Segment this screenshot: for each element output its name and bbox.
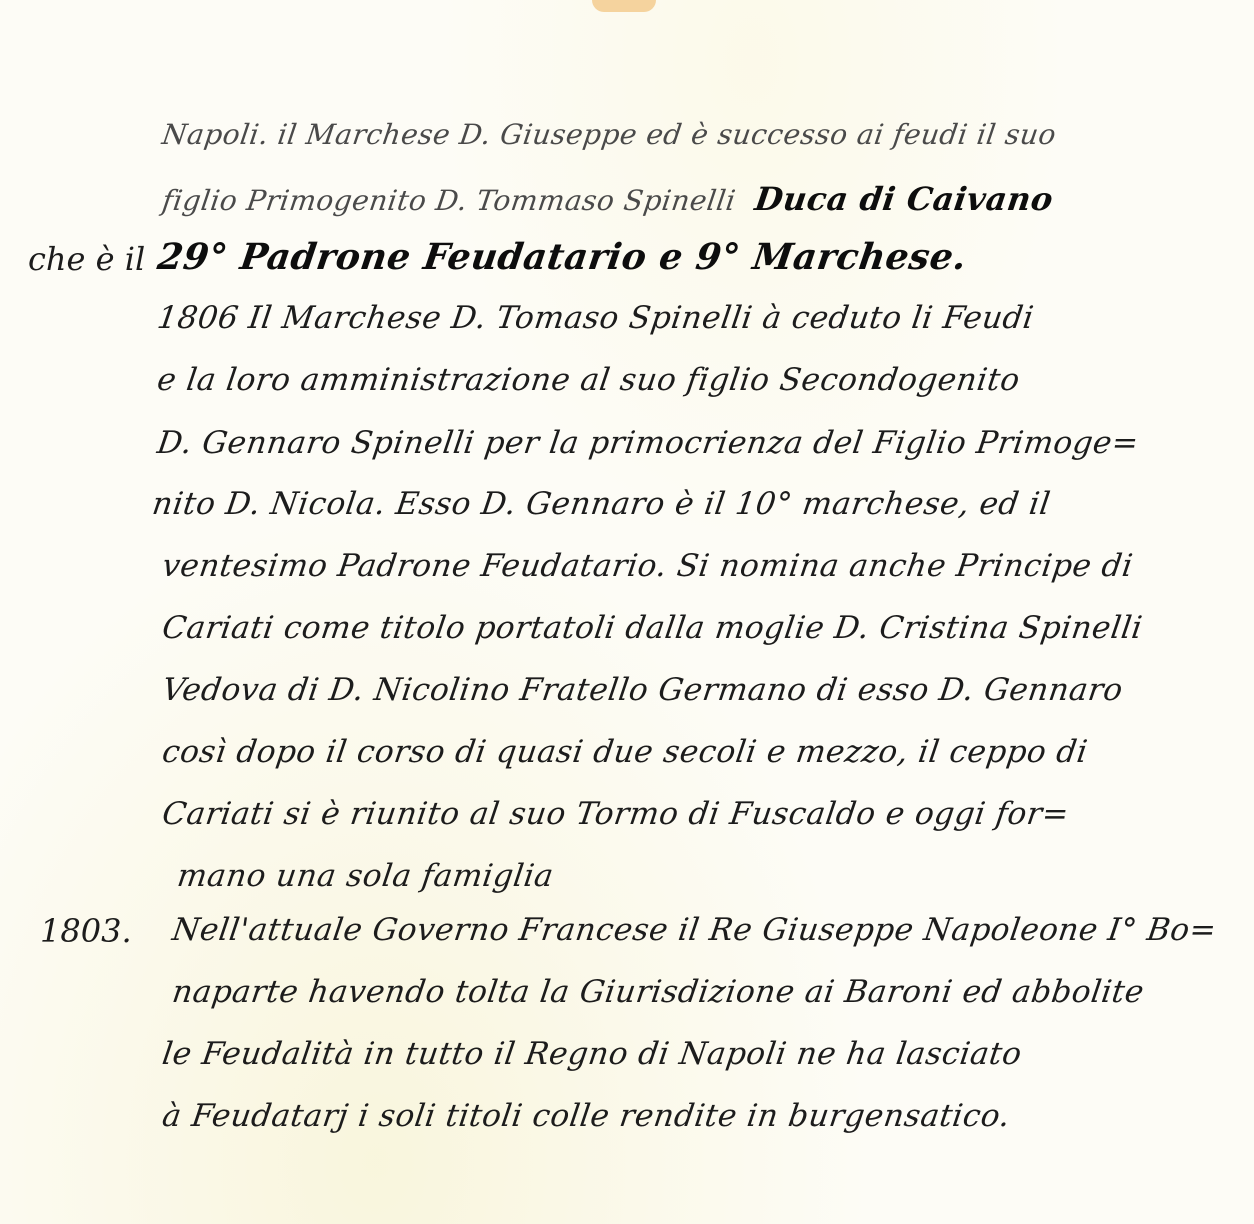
paper-stain xyxy=(592,0,656,12)
manuscript-line-13: mano una sola famiglia xyxy=(175,858,556,894)
manuscript-line-7: nito D. Nicola. Esso D. Gennaro è il 10°… xyxy=(150,486,1053,522)
manuscript-line-16: le Feudalità in tutto il Regno di Napoli… xyxy=(160,1036,1024,1072)
manuscript-line-8: ventesimo Padrone Feudatario. Si nomina … xyxy=(160,548,1135,584)
manuscript-line-10: Vedova di D. Nicolino Fratello Germano d… xyxy=(160,672,1125,708)
manuscript-line-12: Cariati si è riunito al suo Tormo di Fus… xyxy=(160,796,1071,832)
manuscript-line-5: e la loro amministrazione al suo figlio … xyxy=(155,362,1022,398)
manuscript-line-1: Napoli. il Marchese D. Giuseppe ed è suc… xyxy=(160,118,1058,151)
manuscript-line-4: 1806 Il Marchese D. Tomaso Spinelli à ce… xyxy=(155,300,1036,336)
manuscript-line-15: naparte havendo tolta la Giurisdizione a… xyxy=(170,974,1146,1010)
manuscript-line-9: Cariati come titolo portatoli dalla mogl… xyxy=(160,610,1145,646)
manuscript-line-11: così dopo il corso di quasi due secoli e… xyxy=(160,734,1090,770)
manuscript-line-6: D. Gennaro Spinelli per la primocrienza … xyxy=(155,425,1141,461)
manuscript-page: Napoli. il Marchese D. Giuseppe ed è suc… xyxy=(0,0,1254,1224)
manuscript-line-17: à Feudatarj i soli titoli colle rendite … xyxy=(160,1098,1012,1134)
manuscript-line-14: Nell'attuale Governo Francese il Re Gius… xyxy=(170,912,1219,948)
manuscript-line-3: 29° Padrone Feudatario e 9° Marchese. xyxy=(155,236,969,278)
margin-note-che-e-il: che è il xyxy=(28,240,145,278)
manuscript-line-2: figlio Primogenito D. Tommaso Spinelli D… xyxy=(160,180,1056,218)
margin-year-1803: 1803. xyxy=(40,912,132,950)
line-2-text: figlio Primogenito D. Tommaso Spinelli xyxy=(160,184,738,217)
line-2-addition: Duca di Caivano xyxy=(752,180,1055,218)
